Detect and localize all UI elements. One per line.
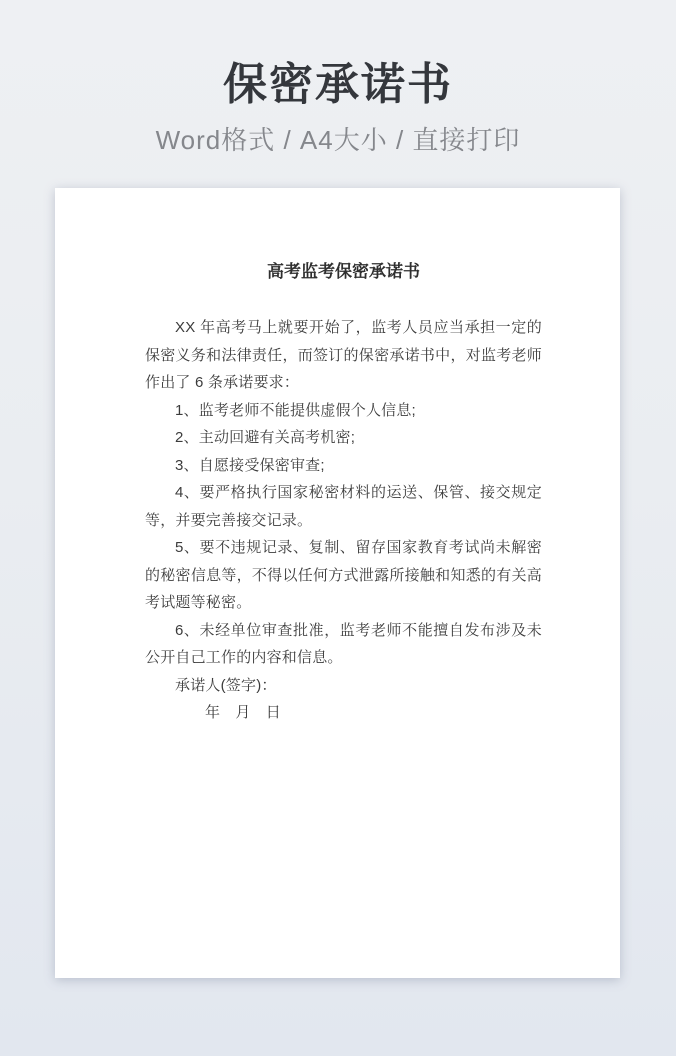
header: 保密承诺书 Word格式 / A4大小 / 直接打印 bbox=[0, 0, 676, 157]
page-title: 保密承诺书 bbox=[0, 60, 676, 111]
page-subtitle: Word格式 / A4大小 / 直接打印 bbox=[0, 120, 676, 157]
document-page: 高考监考保密承诺书 XX 年高考马上就要开始了，监考人员应当承担一定的保密义务和… bbox=[55, 188, 620, 978]
commitment-item: 5、要不违规记录、复制、留存国家教育考试尚未解密的秘密信息等，不得以任何方式泄露… bbox=[145, 534, 542, 617]
commitment-item: 4、要严格执行国家秘密材料的运送、保管、接交规定等，并要完善接交记录。 bbox=[145, 479, 542, 534]
commitment-list: 1、监考老师不能提供虚假个人信息; 2、主动回避有关高考机密; 3、自愿接受保密… bbox=[145, 397, 542, 672]
commitment-item: 3、自愿接受保密审查; bbox=[145, 452, 542, 480]
document-body: XX 年高考马上就要开始了，监考人员应当承担一定的保密义务和法律责任，而签订的保… bbox=[145, 314, 542, 727]
commitment-item: 6、未经单位审查批准，监考老师不能擅自发布涉及未公开自己工作的内容和信息。 bbox=[145, 617, 542, 672]
date-line: 年 月 日 bbox=[145, 699, 542, 727]
commitment-item: 1、监考老师不能提供虚假个人信息; bbox=[145, 397, 542, 425]
commitment-item: 2、主动回避有关高考机密; bbox=[145, 424, 542, 452]
page-background: 保密承诺书 Word格式 / A4大小 / 直接打印 高考监考保密承诺书 XX … bbox=[0, 0, 676, 1056]
signature-line: 承诺人(签字)： bbox=[145, 672, 542, 700]
document-title: 高考监考保密承诺书 bbox=[145, 258, 542, 286]
document-intro: XX 年高考马上就要开始了，监考人员应当承担一定的保密义务和法律责任，而签订的保… bbox=[145, 314, 542, 397]
